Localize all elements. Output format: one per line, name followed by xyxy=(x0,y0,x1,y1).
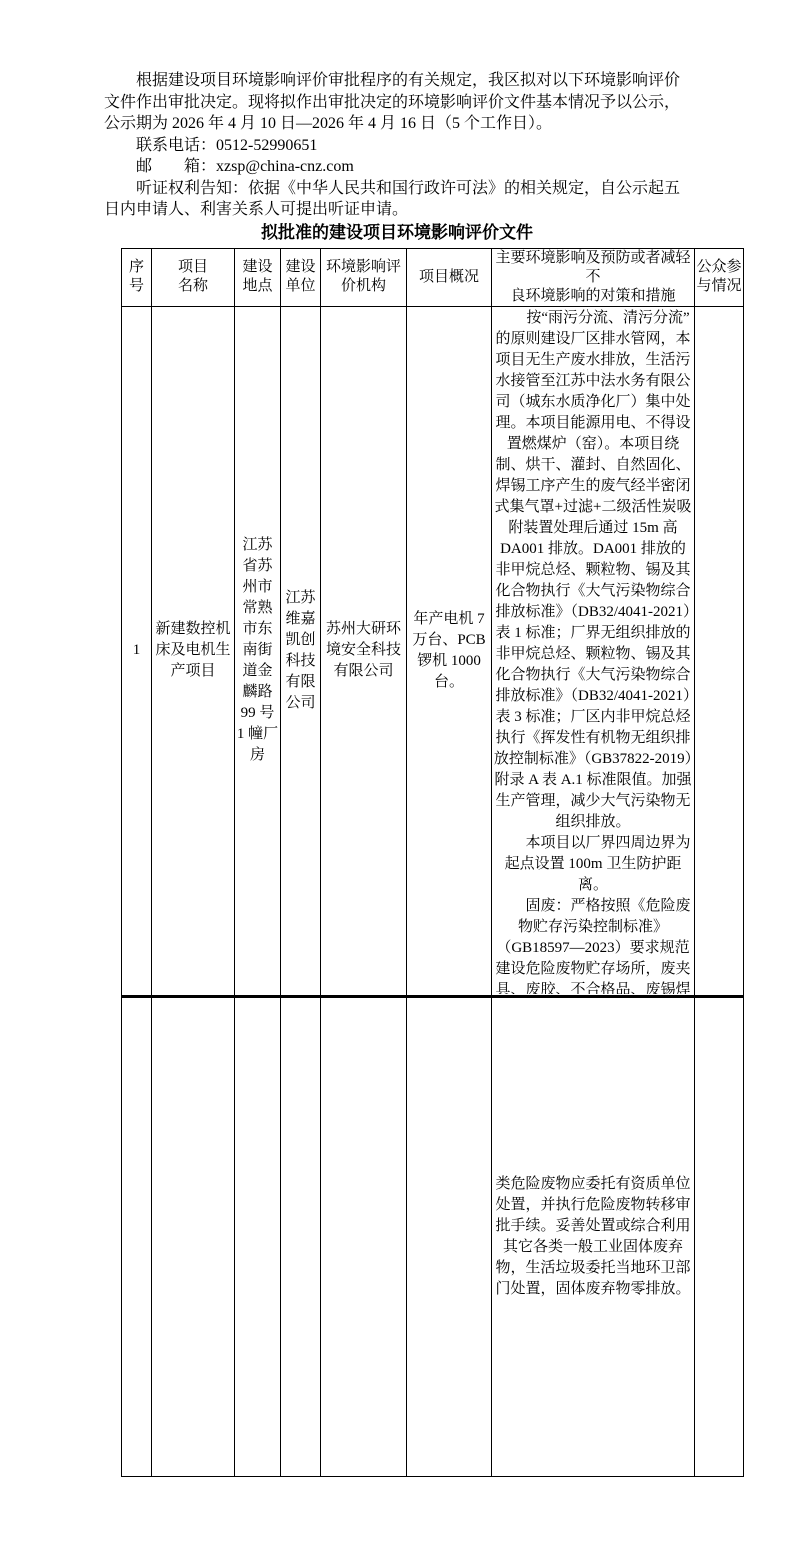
cell-project-name: 新建数控机床及电机生产项目 xyxy=(152,306,235,996)
cell-measures-part1: 按“雨污分流、清污分流”的原则建设厂区排水管网，本项目无生产废水排放，生活污水接… xyxy=(492,306,695,996)
table-row-project-1: 1 新建数控机床及电机生产项目 江苏省苏州市常熟市东南街道金麟路 99 号 1 … xyxy=(122,306,744,996)
table-header-row: 序号 项目 名称 建设 地点 建设 单位 环境影响评 价机构 项目概况 主要环境… xyxy=(122,248,744,306)
hearing-notice: 听证权利告知：依据《中华人民共和国行政许可法》的相关规定，自公示起五日内申请人、… xyxy=(104,178,690,221)
measures-text-section2: 类危险废物应委托有资质单位处置，并执行危险废物转移审批手续。妥善处置或综合利用其… xyxy=(493,1174,693,1300)
cell-overview-cont xyxy=(407,996,492,1476)
header-eia-agency: 环境影响评 价机构 xyxy=(321,248,407,306)
notice-body: 根据建设项目环境影响评价审批程序的有关规定，我区拟对以下环境影响评价文件作出审批… xyxy=(104,0,690,244)
intro-paragraph: 根据建设项目环境影响评价审批程序的有关规定，我区拟对以下环境影响评价文件作出审批… xyxy=(104,70,690,135)
cell-eia-agency-cont xyxy=(321,996,407,1476)
measures-text-section1: 按“雨污分流、清污分流”的原则建设厂区排水管网，本项目无生产废水排放，生活污水接… xyxy=(493,308,693,994)
cell-project-name-cont xyxy=(152,996,235,1476)
cell-overview: 年产电机 7 万台、PCB 锣机 1000 台。 xyxy=(407,306,492,996)
table-title: 拟批准的建设项目环境影响评价文件 xyxy=(104,222,690,244)
table-row-project-1-continuation: 类危险废物应委托有资质单位处置，并执行危险废物转移审批手续。妥善处置或综合利用其… xyxy=(122,996,744,1476)
cell-seq: 1 xyxy=(122,306,152,996)
cell-measures-part2: 类危险废物应委托有资质单位处置，并执行危险废物转移审批手续。妥善处置或综合利用其… xyxy=(492,996,695,1476)
eia-approval-table: 序号 项目 名称 建设 地点 建设 单位 环境影响评 价机构 项目概况 主要环境… xyxy=(121,248,744,1477)
cell-location-cont xyxy=(235,996,281,1476)
cell-builder: 江苏维嘉凯创科技有限公司 xyxy=(281,306,321,996)
measures-paragraph-solid-waste-end: 类危险废物应委托有资质单位处置，并执行危险废物转移审批手续。妥善处置或综合利用其… xyxy=(493,1174,693,1300)
header-public-participation: 公众参 与情况 xyxy=(695,248,744,306)
contact-phone-line: 联系电话：0512-52990651 xyxy=(104,135,690,157)
measures-paragraph-air-water: 按“雨污分流、清污分流”的原则建设厂区排水管网，本项目无生产废水排放，生活污水接… xyxy=(493,308,693,833)
measures-paragraph-solid-waste-start: 固废：严格按照《危险废物贮存污染控制标准》（GB18597—2023）要求规范建… xyxy=(493,896,693,994)
measures-paragraph-buffer: 本项目以厂界四周边界为起点设置 100m 卫生防护距离。 xyxy=(493,833,693,896)
cell-location: 江苏省苏州市常熟市东南街道金麟路 99 号 1 幢厂房 xyxy=(235,306,281,996)
header-builder: 建设 单位 xyxy=(281,248,321,306)
notice-document: 根据建设项目环境影响评价审批程序的有关规定，我区拟对以下环境影响评价文件作出审批… xyxy=(0,0,793,1477)
cell-seq-cont xyxy=(122,996,152,1476)
header-seq: 序号 xyxy=(122,248,152,306)
cell-eia-agency: 苏州大研环境安全科技有限公司 xyxy=(321,306,407,996)
cell-builder-cont xyxy=(281,996,321,1476)
contact-email-line: 邮 箱：xzsp@china-cnz.com xyxy=(104,156,690,178)
header-project-name: 项目 名称 xyxy=(152,248,235,306)
cell-public-participation xyxy=(695,306,744,996)
header-overview: 项目概况 xyxy=(407,248,492,306)
header-location: 建设 地点 xyxy=(235,248,281,306)
cell-public-participation-cont xyxy=(695,996,744,1476)
header-measures: 主要环境影响及预防或者减轻不 良环境影响的对策和措施 xyxy=(492,248,695,306)
